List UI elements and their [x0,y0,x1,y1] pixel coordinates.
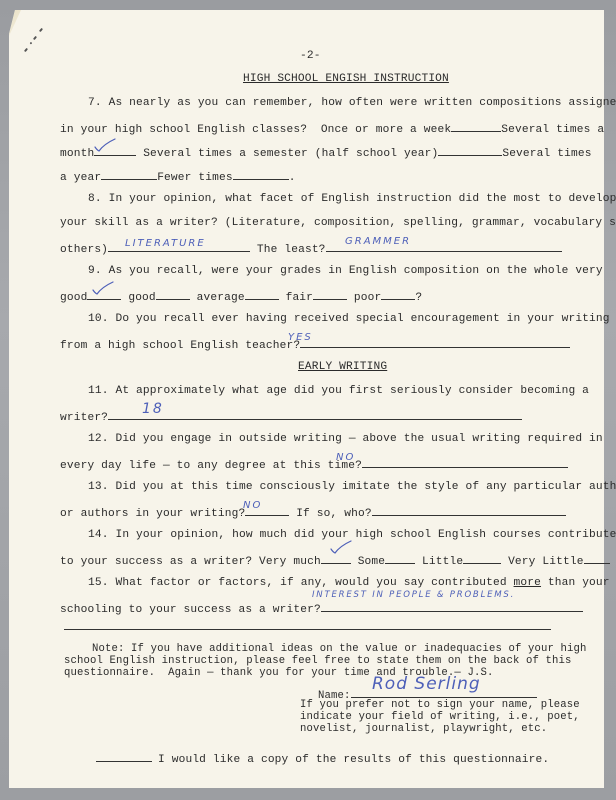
note-line1: Note: If you have additional ideas on th… [92,643,587,655]
q14-line1: 14. In your opinion, how much did your h… [88,529,616,541]
q9-label-poor: poor [347,292,381,304]
q14-blank-very-little[interactable] [584,553,610,564]
q12-answer: NO [336,452,355,463]
q7-blank-weekly[interactable] [451,121,501,132]
q15-line1: 15. What factor or factors, if any, woul… [88,577,610,589]
q9-blank-good[interactable] [156,289,190,300]
q7-line1: 7. As nearly as you can remember, how of… [88,97,616,109]
name-hint-line3: novelist, journalist, playwright, etc. [300,723,547,735]
q7-line2: in your high school English classes? Onc… [60,121,604,136]
q7-label-year: a year [60,172,101,184]
q7-label-several-times: Several times [502,148,591,160]
section-heading-early-writing: EARLY WRITING [298,361,387,373]
copy-request-label: I would like a copy of the results of th… [158,754,549,766]
q7-line4: a yearFewer times. [60,169,296,184]
q7-label-weekly: in your high school English classes? Onc… [60,124,451,136]
q12-label: every day life — to any degree at this t… [60,460,362,472]
q9-question-mark: ? [415,292,422,304]
note-line2: school English instruction, please feel … [64,655,572,667]
q14-blank-very-much[interactable] [321,553,351,564]
q8-answer-most: LITERATURE [125,238,206,249]
q14-line2: to your success as a writer? Very much S… [60,553,610,568]
q10-line1: 10. Do you recall ever having received s… [88,313,610,325]
copy-request: I would like a copy of the results of th… [96,751,549,766]
q9-label-average: average [190,292,245,304]
q14-label-some: Some [351,556,385,568]
q12-line2: every day life — to any degree at this t… [60,457,568,472]
signature: Rod Serling [372,674,481,694]
check-mark-icon [92,281,114,295]
q7-label-semester: Several times a semester (half school ye… [136,148,438,160]
q15-text-more: more [514,577,541,589]
q15-text-a: 15. What factor or factors, if any, woul… [88,577,514,589]
q10-field[interactable] [300,337,570,348]
q15-field[interactable] [321,601,583,612]
q11-label: writer? [60,412,108,424]
q9-line1: 9. As you recall, were your grades in En… [88,265,603,277]
q14-label-very-much: to your success as a writer? Very much [60,556,321,568]
q14-blank-some[interactable] [385,553,415,564]
copy-request-blank[interactable] [96,751,152,762]
q15-line2: schooling to your success as a writer? [60,601,583,616]
q13-line1: 13. Did you at this time consciously imi… [88,481,616,493]
q7-label-several-month-a: Several times a [501,124,604,136]
q13-label: or authors in your writing? [60,508,245,520]
q12-field[interactable] [362,457,568,468]
q9-line2: good good average fair poor? [60,289,422,304]
q11-line2: writer? [60,409,522,424]
q12-line1: 12. Did you engage in outside writing — … [88,433,603,445]
page-number: -2- [300,50,321,62]
q7-label-month: month [60,148,94,160]
q9-blank-fair[interactable] [313,289,347,300]
q7-blank-yearly[interactable] [101,169,157,180]
q7-blank-semester[interactable] [438,145,502,156]
q13-label-who: If so, who? [289,508,371,520]
name-hint-line1: If you prefer not to sign your name, ple… [300,699,580,711]
section-heading-instruction: HIGH SCHOOL ENGISH INSTRUCTION [243,73,449,85]
q9-label-fair: fair [279,292,313,304]
q9-blank-average[interactable] [245,289,279,300]
q7-label-fewer: Fewer times [157,172,233,184]
q13-field-who[interactable] [372,505,566,516]
q13-line2: or authors in your writing? If so, who? [60,505,566,520]
q9-label-good: good [121,292,155,304]
q7-blank-fewer[interactable] [233,169,289,180]
q8-label-others: others) [60,244,108,256]
q8-label-least: The least? [250,244,326,256]
q9-label-very-good: good [60,292,87,304]
q11-answer: 18 [142,401,164,417]
q14-label-very-little: Very Little [501,556,583,568]
check-mark-icon [94,138,116,152]
q14-blank-little[interactable] [463,553,501,564]
q7-period: . [289,172,296,184]
q15-label: schooling to your success as a writer? [60,604,321,616]
q8-line1: 8. In your opinion, what facet of Englis… [88,193,616,205]
q14-label-little: Little [415,556,463,568]
pencil-marks [22,24,52,54]
q10-line2: from a high school English teacher? [60,337,570,352]
q8-line2: your skill as a writer? (Literature, com… [60,217,616,229]
q8-answer-least: GRAMMER [345,236,411,247]
name-hint-line2: indicate your field of writing, i.e., po… [300,711,580,723]
q15-answer: INTEREST IN PEOPLE & PROBLEMS. [312,590,515,600]
q11-field[interactable] [108,409,522,420]
q9-blank-poor[interactable] [381,289,415,300]
check-mark-icon [330,540,352,554]
q10-answer: YES [288,332,313,343]
q7-line3: month Several times a semester (half sch… [60,145,592,160]
q10-label: from a high school English teacher? [60,340,300,352]
q15-extra-line[interactable] [64,629,551,630]
q11-line1: 11. At approximately what age did you fi… [88,385,589,397]
q13-answer: NO [243,500,262,511]
q15-text-c: than your [541,577,610,589]
